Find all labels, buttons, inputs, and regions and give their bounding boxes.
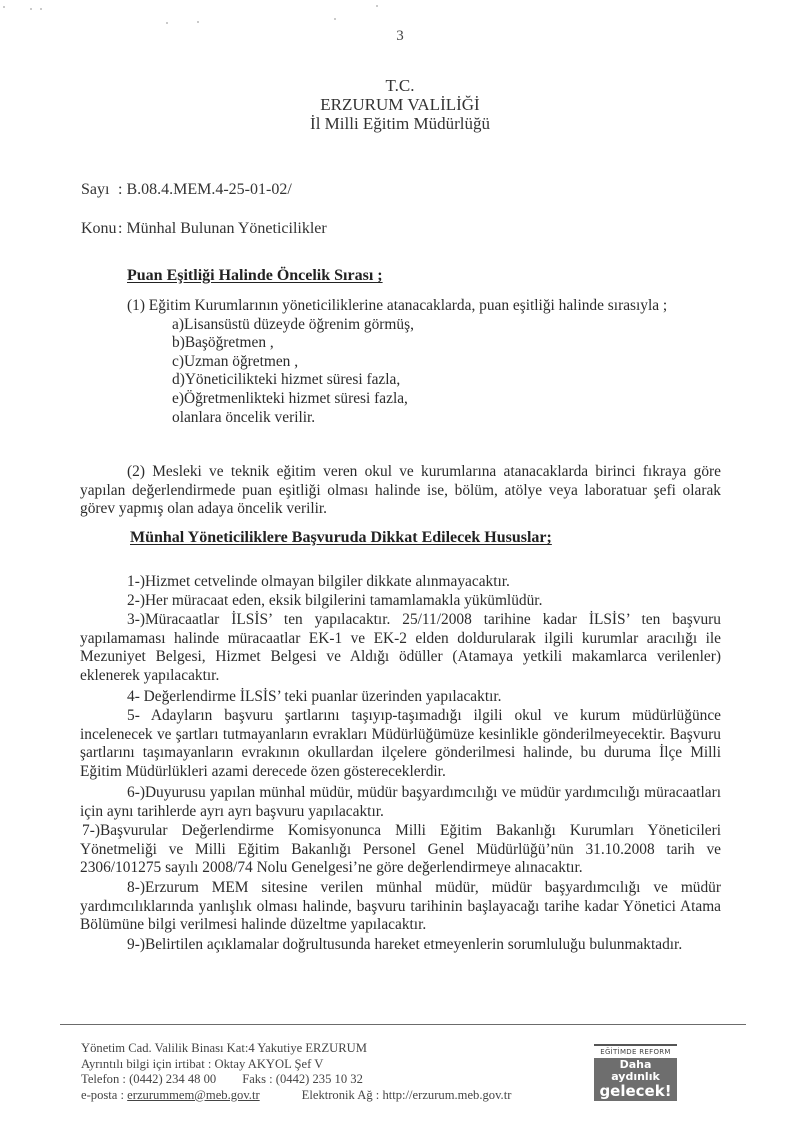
subject: Konu: Münhal Bulunan Yöneticilikler [81,220,327,238]
priority-item: a)Lisansüstü düzeyde öğrenim görmüş, [127,316,667,335]
priority-item: c)Uzman öğretmen , [127,353,667,372]
footer-divider [60,1024,746,1025]
priority-item: d)Yöneticilikteki hizmet süresi fazla, [127,371,667,390]
tie-priority-paragraph-2: (2) Mesleki ve teknik eğitim veren okul … [80,463,721,519]
scan-speck [376,5,378,7]
priority-item: olanlara öncelik verilir. [127,409,667,428]
scan-speck [334,18,336,20]
tie-priority-paragraph-1: (1) Eğitim Kurumlarının yöneticiliklerin… [127,297,667,427]
note-item-3: 3-)Müracaatlar İLSİS’ ten yapılacaktır. … [80,611,721,685]
reference-label: Sayı [81,181,118,199]
note-item-1: 1-)Hizmet cetvelinde olmayan bilgiler di… [80,573,721,592]
note-item-9: 9-)Belirtilen açıklamalar doğrultusunda … [80,936,721,955]
footer-email-web: e-posta : erzurummem@meb.gov.trElektroni… [81,1088,511,1104]
subject-label: Konu [81,220,118,238]
subject-value: : Münhal Bulunan Yöneticilikler [118,220,327,237]
scan-speck [3,6,5,8]
reference-number: Sayı: B.08.4.MEM.4-25-01-02/ [81,181,292,199]
letterhead-line-governorship: ERZURUM VALİLİĞİ [0,95,800,114]
note-item-5: 5- Adayların başvuru şartlarını taşıyıp-… [80,707,721,781]
reference-value: : B.08.4.MEM.4-25-01-02/ [118,181,292,198]
logo-slogan-box: Daha aydınlık gelecek! [594,1058,677,1101]
logo-kicker: EĞİTİMDE REFORM [594,1048,677,1056]
note-item-8: 8-)Erzurum MEM sitesine verilen münhal m… [80,879,721,935]
logo-slogan-line-1: Daha aydınlık [594,1059,677,1083]
logo-slogan-line-2: gelecek! [594,1083,677,1099]
footer-email-label: e-posta : [81,1088,127,1102]
letterhead: T.C. ERZURUM VALİLİĞİ İl Milli Eğitim Mü… [0,76,800,133]
priority-item: e)Öğretmenlikteki hizmet süresi fazla, [127,390,667,409]
note-item-2: 2-)Her müracaat eden, eksik bilgilerini … [80,592,721,611]
note-item-4: 4- Değerlendirme İLSİS’ teki puanlar üze… [80,688,721,707]
footer-phone: Telefon : (0442) 234 48 00 [81,1072,216,1086]
note-item-7: 7-)Başvurular Değerlendirme Komisyonunca… [80,822,721,878]
footer-phone-fax: Telefon : (0442) 234 48 00Faks : (0442) … [81,1072,511,1088]
scan-speck [30,8,32,10]
paragraph-1-intro: (1) Eğitim Kurumlarının yöneticiliklerin… [127,297,667,316]
footer-contact: Yönetim Cad. Valilik Binası Kat:4 Yakuti… [81,1041,511,1103]
footer-email-link[interactable]: erzurummem@meb.gov.tr [127,1088,259,1102]
logo-rule [594,1044,677,1046]
section-title-tie-priority: Puan Eşitliği Halinde Öncelik Sırası ; [127,267,383,285]
note-item-6: 6-)Duyurusu yapılan münhal müdür, müdür … [80,784,721,821]
section-title-application-notes: Münhal Yöneticiliklere Başvuruda Dikkat … [130,529,552,547]
scan-speck [166,22,168,24]
education-reform-logo: EĞİTİMDE REFORM Daha aydınlık gelecek! [594,1044,677,1101]
footer-address: Yönetim Cad. Valilik Binası Kat:4 Yakuti… [81,1041,511,1057]
scan-speck [197,21,199,23]
priority-item: b)Başöğretmen , [127,334,667,353]
footer-fax: Faks : (0442) 235 10 32 [242,1072,363,1086]
letterhead-line-tc: T.C. [0,76,800,95]
letterhead-line-directorate: İl Milli Eğitim Müdürlüğü [0,114,800,133]
footer-contact-person: Ayrıntılı bilgi için irtibat : Oktay AKY… [81,1057,511,1073]
page-number: 3 [0,28,800,45]
footer-website[interactable]: Elektronik Ağ : http://erzurum.meb.gov.t… [302,1088,512,1102]
scan-speck [40,8,42,10]
